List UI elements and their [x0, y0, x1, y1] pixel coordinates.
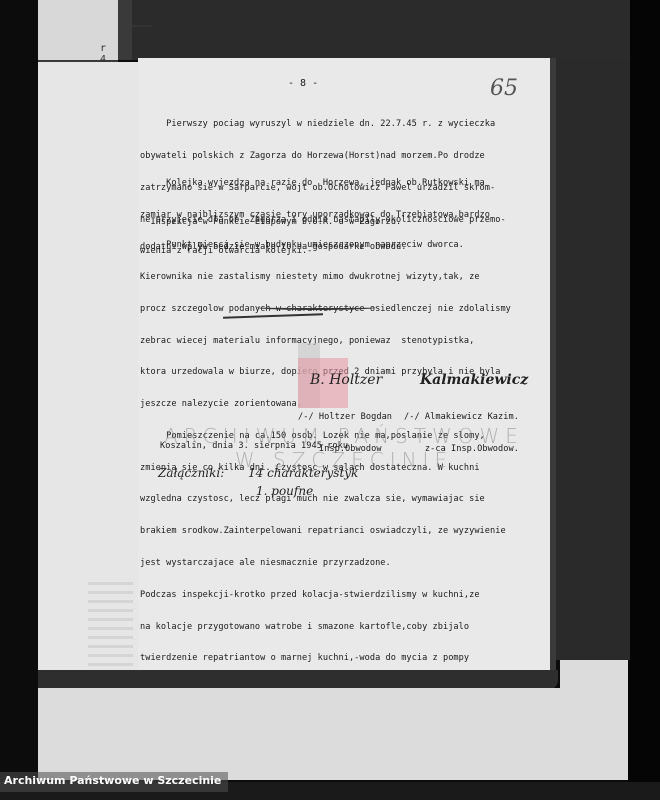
- handwritten-underline: [256, 305, 376, 310]
- scan-top-band: [118, 0, 630, 60]
- text-line: Kolejka wyjezdza na razie do Horzewa, je…: [140, 178, 490, 189]
- place-date: Koszalin, dnia 3. sierpnia 1945 roku: [160, 441, 348, 452]
- attachment-item: 14 charakterystyk: [248, 466, 358, 480]
- binding-gutter: [118, 0, 132, 60]
- text-line: Podczas inspekcji-krotko przed kolacja-s…: [140, 590, 511, 601]
- archive-branding-label: Archiwum Państwowe w Szczecinie: [4, 774, 221, 787]
- signature-holtzer: B. Holtzer: [310, 372, 382, 388]
- bracket-mark: [130, 25, 152, 47]
- document-page: - 8 - 65 Pierwszy pociag wyruszyl w nied…: [138, 58, 556, 670]
- scan-dark-edge-right: [628, 0, 660, 800]
- scan-background-pale: [560, 660, 628, 690]
- text-line: Kierownika nie zastalismy niestety mimo …: [140, 272, 511, 283]
- signatory-name: /-/ Holtzer Bogdan: [298, 412, 392, 423]
- archive-branding-bar: Archiwum Państwowe w Szczecinie: [0, 772, 228, 792]
- scan-background-pale: [38, 688, 628, 780]
- text-line: Pierwszy pociag wyruszyl w niedziele dn.…: [140, 119, 506, 130]
- text-line: Punkt miesci sie w budynku umieszczonym …: [140, 240, 511, 251]
- text-line: jest wystarczajace ale niesmacznie przyr…: [140, 558, 511, 569]
- attachment-item: 1. poufne: [256, 484, 313, 498]
- text-line: na kolacje przygotowano watrobe i smazon…: [140, 622, 511, 633]
- signatory-name: /-/ Almakiewicz Kazim.: [404, 412, 519, 423]
- previous-page-fragment: r 4: [38, 0, 118, 63]
- text-line: brakiem srodkow.Zainterpelowani repatria…: [140, 526, 511, 537]
- bleed-through-text: [88, 582, 133, 672]
- page-number: - 8 -: [288, 78, 318, 89]
- signature-almakiewicz: Kalmakiewicz: [420, 372, 528, 388]
- text-line: wzgledna czystosc, lecz plagi much nie z…: [140, 494, 511, 505]
- underlying-left-page: [38, 62, 140, 680]
- text-line: zebrac wiecej materialu informacyjnego, …: [140, 336, 511, 347]
- attachments-label: Załączniki:: [158, 466, 224, 480]
- page-frame-edge: [38, 670, 558, 690]
- scan-dark-background: [555, 0, 630, 660]
- text-line: twierdzenie repatriantow o marnej kuchni…: [140, 653, 511, 664]
